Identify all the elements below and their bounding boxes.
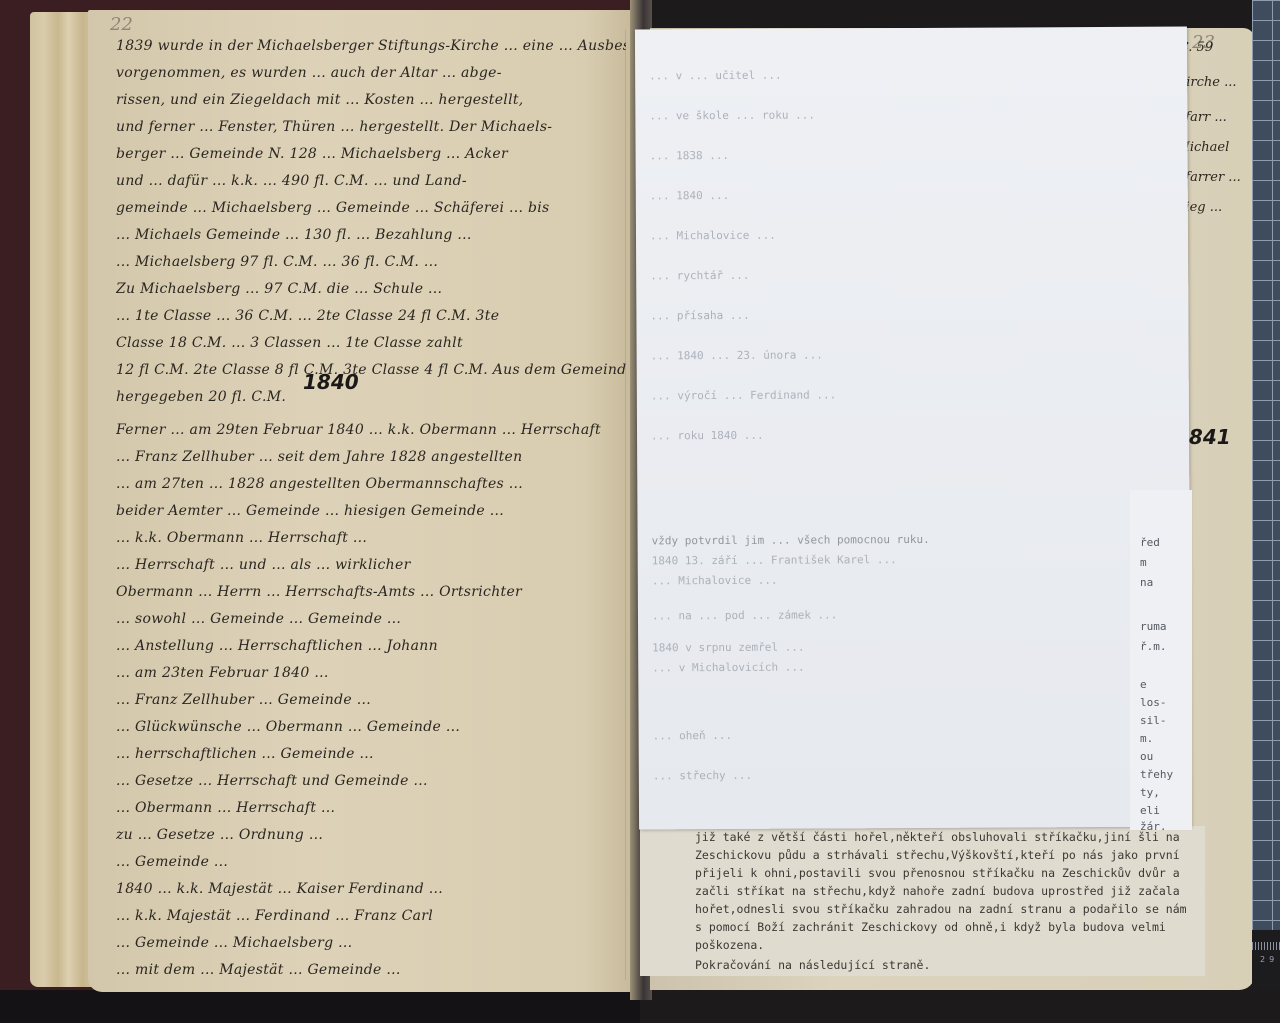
handwritten-line: 1839 wurde in der Michaelsberger Stiftun… bbox=[116, 38, 626, 58]
handwritten-line: vorgenommen, es wurden ... auch der Alta… bbox=[116, 65, 626, 85]
handwritten-line: ... Gesetze ... Herrschaft und Gemeinde … bbox=[116, 773, 626, 793]
typed-fragment: eli bbox=[1140, 804, 1160, 817]
typed-line: přijeli k ohni,postavili svou přenosnou … bbox=[695, 866, 1180, 880]
handwritten-line: ... Herrschaft ... und ... als ... wirkl… bbox=[116, 557, 626, 577]
handwritten-line: Ferner ... am 29ten Februar 1840 ... k.k… bbox=[116, 422, 626, 442]
handwritten-line: zu ... Gesetze ... Ordnung ... bbox=[116, 827, 626, 847]
handwritten-line: 12 fl C.M. 2te Classe 8 fl C.M. 3te Clas… bbox=[116, 362, 626, 382]
typed-translation-sheet: dvůr,který již také z větší části hořel,… bbox=[640, 826, 1205, 976]
typed-line: s pomocí Boží zachránit Zeschickovy od o… bbox=[695, 920, 1166, 934]
handwritten-line: ... Anstellung ... Herrschaftlichen ... … bbox=[116, 638, 626, 658]
typed-line: Pokračování na následující straně. bbox=[695, 958, 930, 972]
faint-typed-line: ... v Michalovicích ... bbox=[652, 659, 1182, 675]
faint-typed-line: ... výročí ... Ferdinand ... bbox=[651, 387, 1181, 403]
faint-typed-line: vždy potvrdil jim ... všech pomocnou ruk… bbox=[652, 532, 1182, 548]
typed-fragment: m. bbox=[1140, 732, 1153, 745]
handwritten-line: berger ... Gemeinde N. 128 ... Michaelsb… bbox=[116, 146, 626, 166]
handwritten-line: Obermann ... Herrn ... Herrschafts-Amts … bbox=[116, 584, 626, 604]
typed-fragment: los- bbox=[1140, 696, 1167, 709]
ruler-ticks bbox=[1252, 942, 1280, 950]
handwritten-line: und ferner ... Fenster, Thüren ... herge… bbox=[116, 119, 626, 139]
handwritten-line: und ... dafür ... k.k. ... 490 fl. C.M. … bbox=[116, 173, 626, 193]
handwritten-line: ... herrschaftlichen ... Gemeinde ... bbox=[116, 746, 626, 766]
typed-fragment: m bbox=[1140, 556, 1147, 569]
typed-fragment: žár. bbox=[1140, 820, 1167, 833]
handwritten-line: ... am 23ten Februar 1840 ... bbox=[116, 665, 626, 685]
typed-line: Zeschickovu půdu a strhávali střechu,Výš… bbox=[695, 848, 1180, 862]
typed-fragment: na bbox=[1140, 576, 1153, 589]
handwritten-line: Zu Michaelsberg ... 97 C.M. die ... Schu… bbox=[116, 281, 626, 301]
faint-typed-line: ... na ... pod ... zámek ... bbox=[652, 607, 1182, 623]
typed-overlay-sheet: ... v ... učitel ... ... ve škole ... ro… bbox=[635, 27, 1191, 830]
handwritten-line: ... sowohl ... Gemeinde ... Gemeinde ... bbox=[116, 611, 626, 631]
handwritten-line: ... Gemeinde ... Michaelsberg ... bbox=[116, 935, 626, 955]
typed-fragment: ř.m. bbox=[1140, 640, 1167, 653]
handwritten-line: ... Franz Zellhuber ... Gemeinde ... bbox=[116, 692, 626, 712]
faint-typed-line: 1840 13. září ... František Karel ... bbox=[652, 552, 1182, 568]
handwritten-line: gemeinde ... Michaelsberg ... Gemeinde .… bbox=[116, 200, 626, 220]
handwritten-line: ... Franz Zellhuber ... seit dem Jahre 1… bbox=[116, 449, 626, 469]
typed-line: hořet,odnesli svou stříkačku zahradou na… bbox=[695, 902, 1187, 916]
faint-typed-line: ... v ... učitel ... bbox=[649, 67, 1179, 83]
faint-typed-line: 1840 v srpnu zemřel ... bbox=[652, 639, 1182, 655]
typed-line: začli stříkat na střechu,když nahoře zad… bbox=[695, 884, 1180, 898]
faint-typed-line: ... přísaha ... bbox=[650, 307, 1180, 323]
faint-typed-line: ... roku 1840 ... bbox=[651, 427, 1181, 443]
handwritten-line: ... 1te Classe ... 36 C.M. ... 2te Class… bbox=[116, 308, 626, 328]
typed-fragment: ty, bbox=[1140, 786, 1160, 799]
faint-typed-line: ... střechy ... bbox=[653, 767, 1183, 783]
handwritten-line: 1840 ... k.k. Majestät ... Kaiser Ferdin… bbox=[116, 881, 626, 901]
handwritten-line: ... k.k. Majestät ... Ferdinand ... Fran… bbox=[116, 908, 626, 928]
handwritten-line: ... Michaelsberg 97 fl. C.M. ... 36 fl. … bbox=[116, 254, 626, 274]
typed-line: již také z větší části hořel,někteří obs… bbox=[695, 830, 1180, 844]
handwritten-line: beider Aemter ... Gemeinde ... hiesigen … bbox=[116, 503, 626, 523]
year-heading-1840: 1840 bbox=[303, 370, 359, 394]
handwritten-line: ... k.k. Obermann ... Herrschaft ... bbox=[116, 530, 626, 550]
faint-typed-line: ... Michalovice ... bbox=[652, 572, 1182, 588]
typed-fragment: třehy bbox=[1140, 768, 1173, 781]
typed-fragment: sil- bbox=[1140, 714, 1167, 727]
handwritten-line: ... am 27ten ... 1828 angestellten Oberm… bbox=[116, 476, 626, 496]
handwritten-line: ... Obermann ... Herrschaft ... bbox=[116, 800, 626, 820]
faint-typed-line: ... Michalovice ... bbox=[650, 227, 1180, 243]
typed-fragment: řed bbox=[1140, 536, 1160, 549]
handwritten-line: ... Gemeinde ... bbox=[116, 854, 416, 874]
scan-grid-background bbox=[1252, 0, 1280, 930]
faint-typed-line: ... ve škole ... roku ... bbox=[649, 107, 1179, 123]
handwritten-line: ... Glückwünsche ... Obermann ... Gemein… bbox=[116, 719, 626, 739]
typed-side-strip: řed m na ruma ř.m. e los- sil- m. ou tře… bbox=[1130, 490, 1192, 830]
handwritten-line: rissen, und ein Ziegeldach mit ... Koste… bbox=[116, 92, 626, 112]
handwritten-line: ... Michaels Gemeinde ... 130 fl. ... Be… bbox=[116, 227, 626, 247]
faint-typed-line: ... 1838 ... bbox=[650, 147, 1180, 163]
handwritten-line: hergegeben 20 fl. C.M. bbox=[116, 389, 316, 409]
faint-typed-line: ... 1840 ... bbox=[650, 187, 1180, 203]
ruler-numbers: 29 30 bbox=[1260, 955, 1280, 964]
typed-fragment: ruma bbox=[1140, 620, 1167, 633]
handwritten-line: Classe 18 C.M. ... 3 Classen ... 1te Cla… bbox=[116, 335, 626, 355]
faint-typed-line: ... rychtář ... bbox=[650, 267, 1180, 283]
typed-line: poškozena. bbox=[695, 938, 764, 952]
typed-fragment: ou bbox=[1140, 750, 1153, 763]
faint-typed-line: ... 1840 ... 23. února ... bbox=[651, 347, 1181, 363]
faint-typed-line: ... oheň ... bbox=[653, 727, 1183, 743]
left-page: 22 1839 wurde in der Michaelsberger Stif… bbox=[88, 10, 640, 992]
page-number-left: 22 bbox=[110, 14, 133, 35]
scan-background bbox=[0, 990, 640, 1023]
handwritten-line: ... mit dem ... Majestät ... Gemeinde ..… bbox=[116, 962, 626, 982]
typed-fragment: e bbox=[1140, 678, 1147, 691]
